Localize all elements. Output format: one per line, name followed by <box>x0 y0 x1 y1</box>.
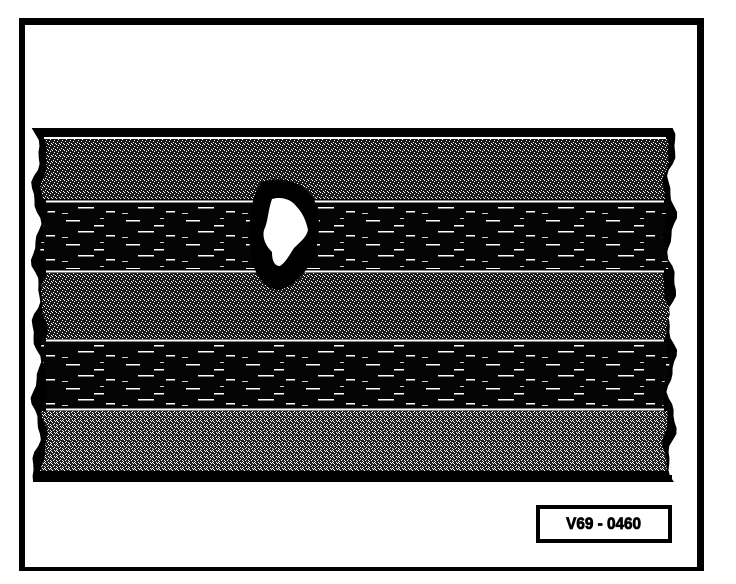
reference-label: V69 - 0460 <box>567 514 642 534</box>
reference-label-box: V69 - 0460 <box>536 505 672 543</box>
bottom-light-layer <box>40 411 668 471</box>
layer-separator <box>46 271 664 273</box>
layer-separator <box>46 201 664 203</box>
upper-dark-layer <box>40 203 669 269</box>
middle-light-layer <box>41 273 670 339</box>
layer-diagram <box>0 0 736 584</box>
layer-separator <box>46 409 664 411</box>
top-light-layer <box>40 139 668 199</box>
layer-separator <box>46 340 664 342</box>
lower-dark-layer <box>40 342 669 408</box>
